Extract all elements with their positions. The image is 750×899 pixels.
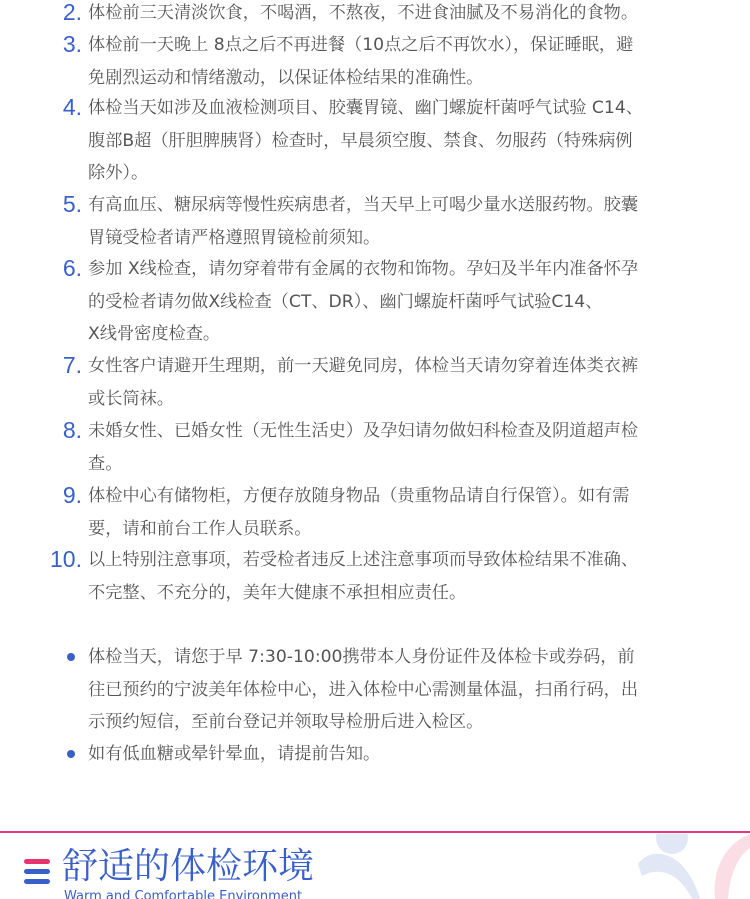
- item-number: 4.: [0, 91, 82, 123]
- item-text: 有高血压、糖尿病等慢性疾病患者，当天早上可喝少量水送服药物。胶囊 胃镜受检者请严…: [88, 189, 688, 254]
- item-text: 以上特别注意事项，若受检者违反上述注意事项而导致体检结果不准确、 不完整、不充分…: [88, 544, 688, 609]
- item-number: 5.: [0, 188, 82, 220]
- item-text: 体检前一天晚上 8点之后不再进餐（10点之后不再饮水），保证睡眠，避 免剧烈运动…: [88, 29, 688, 94]
- section-subtitle: Warm and Comfortable Environment: [64, 889, 302, 899]
- item-text: 体检前三天清淡饮食，不喝酒，不熬夜，不进食油腻及不易消化的食物。: [88, 0, 688, 30]
- item-number: 9.: [0, 479, 82, 511]
- bullet-dot-icon: [67, 653, 75, 661]
- item-number: 6.: [0, 252, 82, 284]
- item-number: 3.: [0, 28, 82, 60]
- item-number: 7.: [0, 349, 82, 381]
- bullet-text: 体检当天，请您于早 7:30-10:00携带本人身份证件及体检卡或券码，前 往已…: [88, 641, 688, 739]
- item-text: 未婚女性、已婚女性（无性生活史）及孕妇请勿做妇科检查及阴道超声检 查。: [88, 415, 688, 480]
- item-text: 参加 X线检查，请勿穿着带有金属的衣物和饰物。孕妇及半年内准备怀孕 的受检者请勿…: [88, 253, 688, 351]
- item-text: 女性客户请避开生理期，前一天避免同房，体检当天请勿穿着连体类衣裤 或长筒袜。: [88, 350, 688, 415]
- item-number: 10.: [0, 543, 82, 575]
- item-number: 2.: [0, 0, 82, 28]
- bullet-dot-icon: [67, 750, 75, 758]
- section-menu-icon: [24, 859, 50, 889]
- bullet-text: 如有低血糖或晕针晕血，请提前告知。: [88, 738, 688, 771]
- section-divider: [0, 831, 750, 833]
- decorative-logo-icon: [620, 834, 750, 899]
- item-text: 体检中心有储物柜，方便存放随身物品（贵重物品请自行保管）。如有需 要，请和前台工…: [88, 480, 688, 545]
- section-title: 舒适的体检环境: [62, 845, 314, 889]
- item-text: 体检当天如涉及血液检测项目、胶囊胃镜、幽门螺旋杆菌呼气试验 C14、 腹部B超（…: [88, 92, 688, 190]
- item-number: 8.: [0, 414, 82, 446]
